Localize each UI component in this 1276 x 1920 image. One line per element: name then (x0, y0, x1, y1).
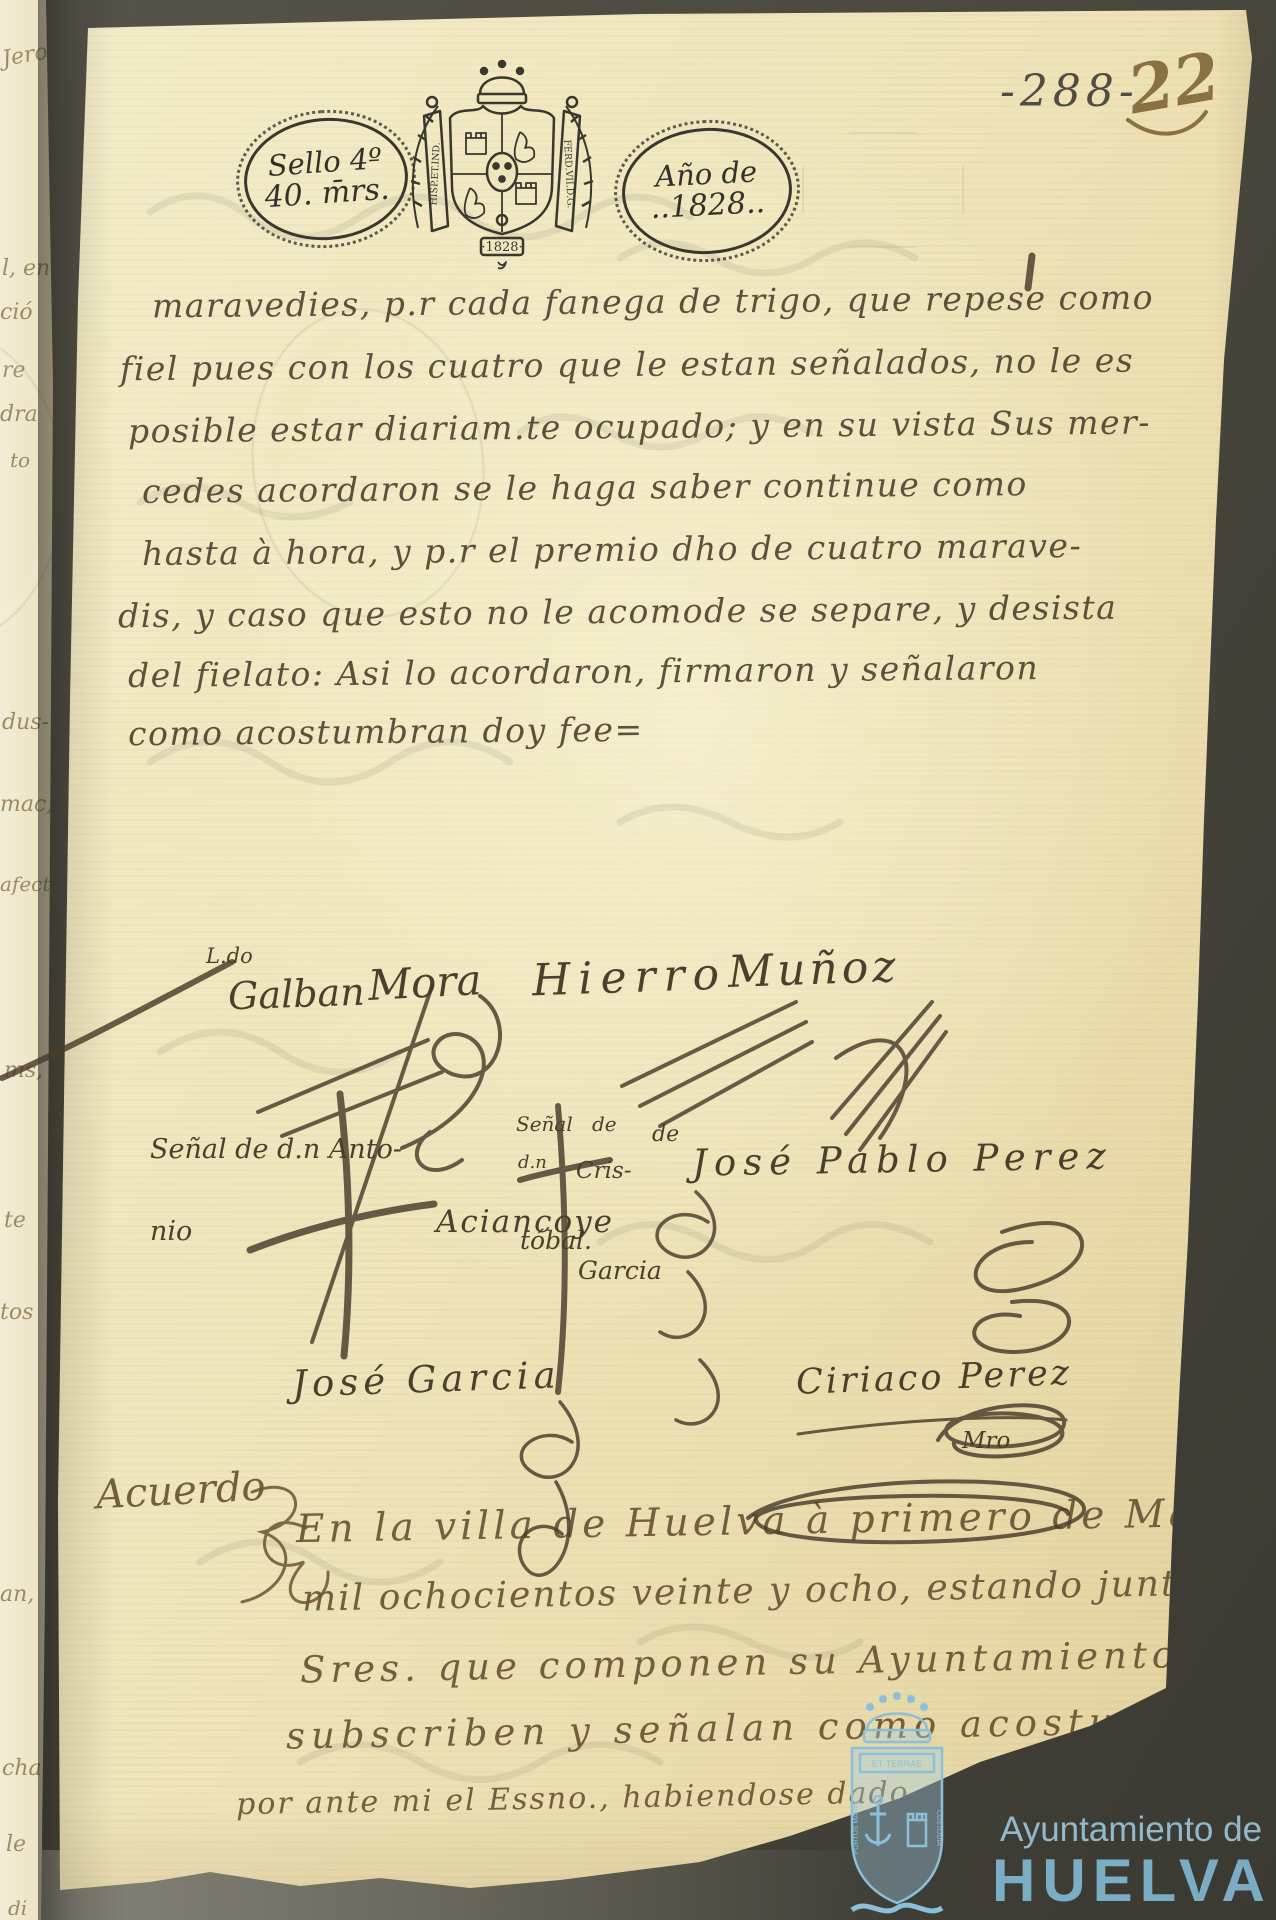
senal-cristobal-name2: tóbal. (520, 1226, 592, 1255)
left-pillar-motto: HISP.ET.IND. (428, 142, 442, 206)
left-page-fragment: dus- (2, 710, 49, 735)
corner-number: 22 (1122, 37, 1226, 130)
signature-galban: Galban (227, 970, 365, 1019)
sello-value-label: 40. m̄rs. (264, 173, 391, 216)
senal-josepablo-de: de (652, 1122, 679, 1147)
senal-cristobal-label2: de (592, 1112, 617, 1136)
tax-stamp-year-oval: Año de ..1828.. (619, 124, 795, 259)
signature-ciriaco-perez: Ciriaco Perez (795, 1353, 1072, 1403)
senal-antonio-label: Señal de d.n Anto- (150, 1134, 402, 1165)
senal-cristobal-surname: Garcia (578, 1256, 662, 1285)
body-line: maravedies, p.r cada fanega de trigo, qu… (152, 278, 1154, 326)
acuerdo-line: En la villa de Huelva à primero de Marzo… (296, 1489, 1276, 1552)
left-page-fragment: te (4, 1208, 26, 1233)
left-page-fragment: di (8, 1896, 27, 1920)
manuscript-page: Sello 4º 40. m̄rs. (0, 0, 1276, 1920)
tax-stamp-sello-oval: Sello 4º 40. m̄rs. (240, 112, 412, 245)
right-pillar-motto: FERD.VII.D.G. (561, 139, 576, 208)
left-page-fragment: cha (2, 1756, 42, 1781)
senal-antonio-label2: nio (150, 1216, 192, 1247)
manuscript-photo: Jerou l, en ció re dra to dus- mac, afec… (0, 0, 1276, 1920)
signature-munoz: Muñoz (727, 941, 900, 998)
folio-number: -288- (1000, 66, 1139, 117)
body-line: posible estar diariam.te ocupado; y en s… (128, 403, 1151, 451)
left-page-fragment: ms, (4, 1058, 43, 1083)
embossed-octagon-seal (802, 132, 964, 248)
left-page-fragment: tos (0, 1300, 33, 1325)
body-line: dis, y caso que esto no le acomode se se… (118, 588, 1118, 636)
left-page-fragment: le (6, 1832, 26, 1857)
signature-jose-pablo-perez: José Pablo Perez (692, 1134, 1113, 1184)
senal-cristobal-name1: Cris- (576, 1158, 632, 1184)
senal-cristobal-dn: d.n (518, 1152, 547, 1173)
body-line: del fielato: Asi lo acordaron, firmaron … (128, 648, 1040, 695)
left-page-fragment: ció (0, 300, 33, 325)
left-page-fragment: an, (0, 1582, 34, 1607)
margin-note-acuerdo: Acuerdo (95, 1464, 267, 1519)
stamp-year: ·1828· (481, 240, 522, 255)
signature-title: L.do (206, 944, 253, 968)
signature-ciriaco-sub: Mro (962, 1428, 1010, 1454)
year-value: ..1828.. (650, 186, 766, 226)
body-line: fiel pues con los cuatro que le estan se… (120, 341, 1135, 389)
body-line: cedes acordaron se le haga saber continu… (142, 464, 1028, 511)
left-page-fragment: l, en (2, 256, 50, 281)
royal-coat-of-arms: HISP.ET.IND. FERD.VII.D.G. ·1828· (386, 56, 618, 280)
acuerdo-line: Sres. que componen su Ayuntamiento que (300, 1631, 1276, 1691)
senal-cristobal-label: Señal (516, 1112, 573, 1136)
body-line: hasta à hora, y p.r el premio dho de cua… (142, 526, 1082, 573)
signature-jose-garcia: José Garcia (291, 1353, 561, 1405)
left-page-fragment: mac, (0, 792, 53, 817)
body-line: como acostumbran doy fee= (128, 710, 644, 753)
signature-mora: Mora (367, 955, 483, 1010)
signature-hierro: Hierro (531, 949, 728, 1007)
acuerdo-line: mil ochocientos veinte y ocho, estando j… (302, 1561, 1276, 1619)
